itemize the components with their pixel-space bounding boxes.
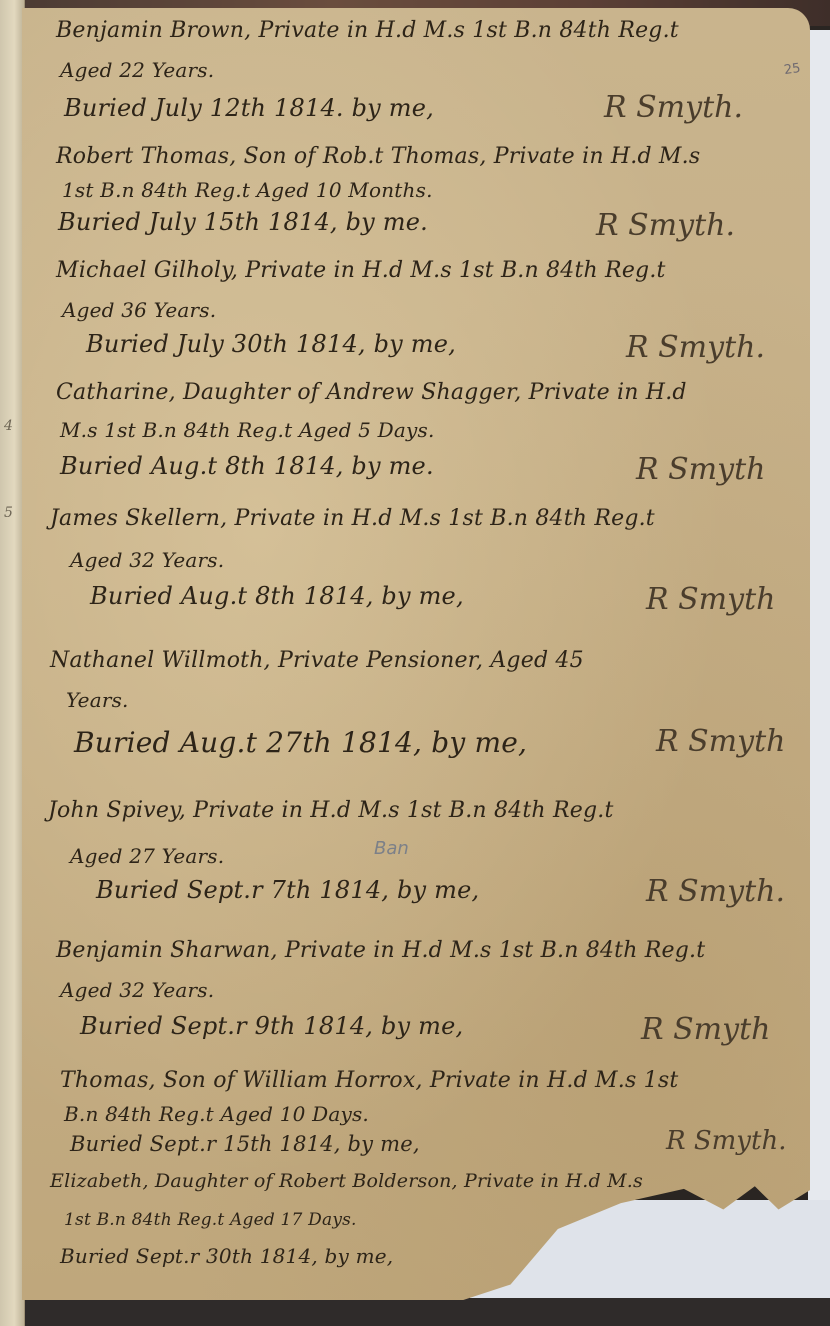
entry-name-line: Catharine, Daughter of Andrew Shagger, P…	[56, 380, 687, 405]
entry-age-line: Aged 32 Years.	[60, 978, 214, 1002]
page-number: 25	[783, 61, 801, 78]
officiant-signature: R Smyth	[646, 582, 775, 617]
entry-name-line: Nathanel Willmoth, Private Pensioner, Ag…	[50, 648, 584, 673]
entry-name-line: Robert Thomas, Son of Rob.t Thomas, Priv…	[56, 144, 700, 169]
register-page: 25 Benjamin Brown, Private in H.d M.s 1s…	[22, 8, 810, 1300]
entry-name-line: Michael Gilholy, Private in H.d M.s 1st …	[56, 258, 666, 283]
officiant-signature: R Smyth.	[626, 330, 765, 365]
entry-name-line: Benjamin Sharwan, Private in H.d M.s 1st…	[56, 938, 705, 963]
entry-name-line: James Skellern, Private in H.d M.s 1st B…	[50, 506, 655, 531]
entry-burial-line: Buried July 12th 1814. by me,	[64, 94, 434, 122]
entry-burial-line: Buried Sept.r 30th 1814, by me,	[60, 1244, 393, 1268]
entry-name-line: John Spivey, Private in H.d M.s 1st B.n …	[48, 798, 613, 823]
pencil-annotation: Ban	[374, 838, 409, 859]
entry-burial-line: Buried July 15th 1814, by me.	[58, 208, 428, 236]
margin-mark: 5	[4, 505, 13, 521]
officiant-signature: R Smyth	[636, 452, 765, 487]
entry-age-line: Aged 27 Years.	[70, 844, 224, 868]
entry-name-line: Elizabeth, Daughter of Robert Bolderson,…	[50, 1170, 643, 1192]
entry-burial-line: Buried Sept.r 7th 1814, by me,	[96, 876, 479, 904]
book-binding-bottom	[0, 1298, 830, 1326]
entry-burial-line: Buried Aug.t 27th 1814, by me,	[74, 726, 527, 759]
entry-burial-line: Buried Sept.r 15th 1814, by me,	[70, 1132, 420, 1156]
entry-name-line: Benjamin Brown, Private in H.d M.s 1st B…	[56, 18, 679, 43]
entry-age-line: Years.	[66, 688, 129, 712]
entry-name-line: Thomas, Son of William Horrox, Private i…	[60, 1068, 678, 1093]
entry-burial-line: Buried Sept.r 9th 1814, by me,	[80, 1012, 463, 1040]
officiant-signature: R Smyth.	[666, 1126, 786, 1156]
entry-burial-line: Buried Aug.t 8th 1814, by me.	[60, 452, 434, 480]
officiant-signature: R Smyth	[656, 724, 785, 759]
entry-age-line: Aged 36 Years.	[62, 298, 216, 322]
entry-burial-line: Buried Aug.t 8th 1814, by me,	[90, 582, 464, 610]
entry-age-line: 1st B.n 84th Reg.t Aged 10 Months.	[62, 178, 433, 202]
officiant-signature: R Smyth.	[646, 874, 785, 909]
entry-age-line: B.n 84th Reg.t Aged 10 Days.	[64, 1102, 369, 1126]
entry-burial-line: Buried July 30th 1814, by me,	[86, 330, 456, 358]
officiant-signature: R Smyth	[641, 1012, 770, 1047]
officiant-signature: R Smyth.	[604, 90, 743, 125]
entry-age-line: 1st B.n 84th Reg.t Aged 17 Days.	[64, 1210, 357, 1230]
entry-age-line: Aged 32 Years.	[70, 548, 224, 572]
entry-age-line: M.s 1st B.n 84th Reg.t Aged 5 Days.	[60, 418, 435, 442]
officiant-signature: R Smyth.	[596, 208, 735, 243]
background-surface	[808, 30, 830, 1300]
facing-page-edge: 4 5	[0, 0, 25, 1326]
entry-age-line: Aged 22 Years.	[60, 58, 214, 82]
margin-mark: 4	[4, 418, 13, 434]
